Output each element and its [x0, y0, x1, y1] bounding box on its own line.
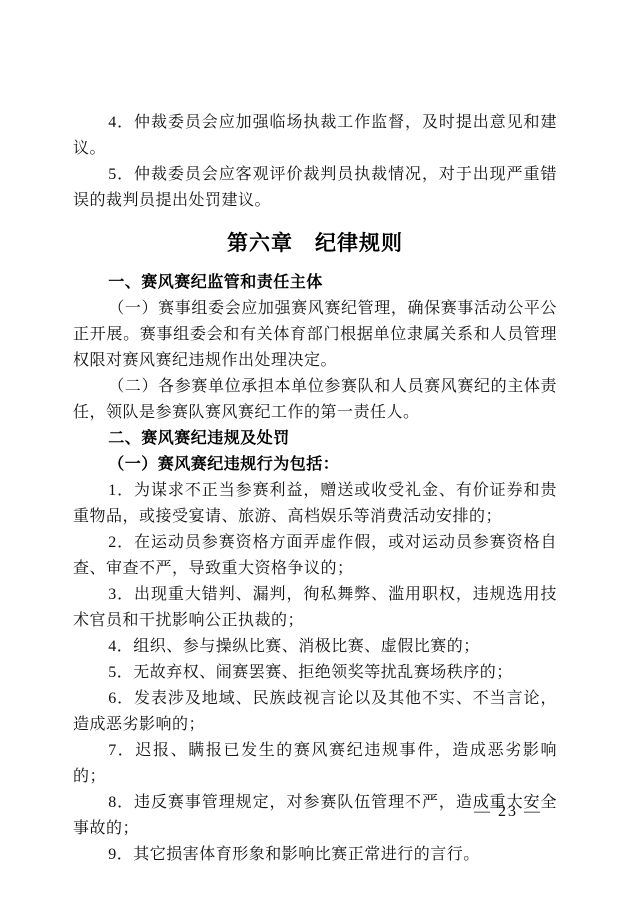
violation-item-7: 7．迟报、瞒报已发生的赛风赛纪违规事件，造成恶劣影响的；: [73, 738, 557, 790]
sub-heading-violation-list: （一）赛风赛纪违规行为包括：: [73, 452, 557, 478]
document-page: 4．仲裁委员会应加强临场执裁工作监督，及时提出意见和建议。 5．仲裁委员会应客观…: [0, 0, 637, 900]
chapter-title: 第六章 纪律规则: [73, 226, 557, 262]
violation-item-5: 5．无故弃权、闹赛罢赛、拒绝领奖等扰乱赛场秩序的；: [73, 660, 557, 686]
violation-item-3: 3．出现重大错判、漏判，徇私舞弊、滥用职权，违规选用技术官员和干扰影响公正执裁的…: [73, 582, 557, 634]
paragraph-arbitration-5: 5．仲裁委员会应客观评价裁判员执裁情况，对于出现严重错误的裁判员提出处罚建议。: [73, 162, 557, 214]
section-heading-violations: 二、赛风赛纪违规及处罚: [73, 426, 557, 452]
page-number: — 23 —: [474, 801, 542, 823]
paragraph-supervision-1: （一）赛事组委会应加强赛风赛纪管理，确保赛事活动公平公正开展。赛事组委会和有关体…: [73, 296, 557, 374]
violation-item-1: 1．为谋求不正当参赛利益，赠送或收受礼金、有价证券和贵重物品，或接受宴请、旅游、…: [73, 478, 557, 530]
violation-item-6: 6．发表涉及地域、民族歧视言论以及其他不实、不当言论，造成恶劣影响的；: [73, 686, 557, 738]
page-content: 4．仲裁委员会应加强临场执裁工作监督，及时提出意见和建议。 5．仲裁委员会应客观…: [73, 110, 557, 868]
paragraph-arbitration-4: 4．仲裁委员会应加强临场执裁工作监督，及时提出意见和建议。: [73, 110, 557, 162]
violation-item-2: 2．在运动员参赛资格方面弄虚作假，或对运动员参赛资格自查、审查不严，导致重大资格…: [73, 530, 557, 582]
paragraph-supervision-2: （二）各参赛单位承担本单位参赛队和人员赛风赛纪的主体责任，领队是参赛队赛风赛纪工…: [73, 374, 557, 426]
violation-item-9: 9．其它损害体育形象和影响比赛正常进行的言行。: [73, 842, 557, 868]
section-heading-supervision: 一、赛风赛纪监管和责任主体: [73, 270, 557, 296]
violation-item-4: 4．组织、参与操纵比赛、消极比赛、虚假比赛的；: [73, 634, 557, 660]
